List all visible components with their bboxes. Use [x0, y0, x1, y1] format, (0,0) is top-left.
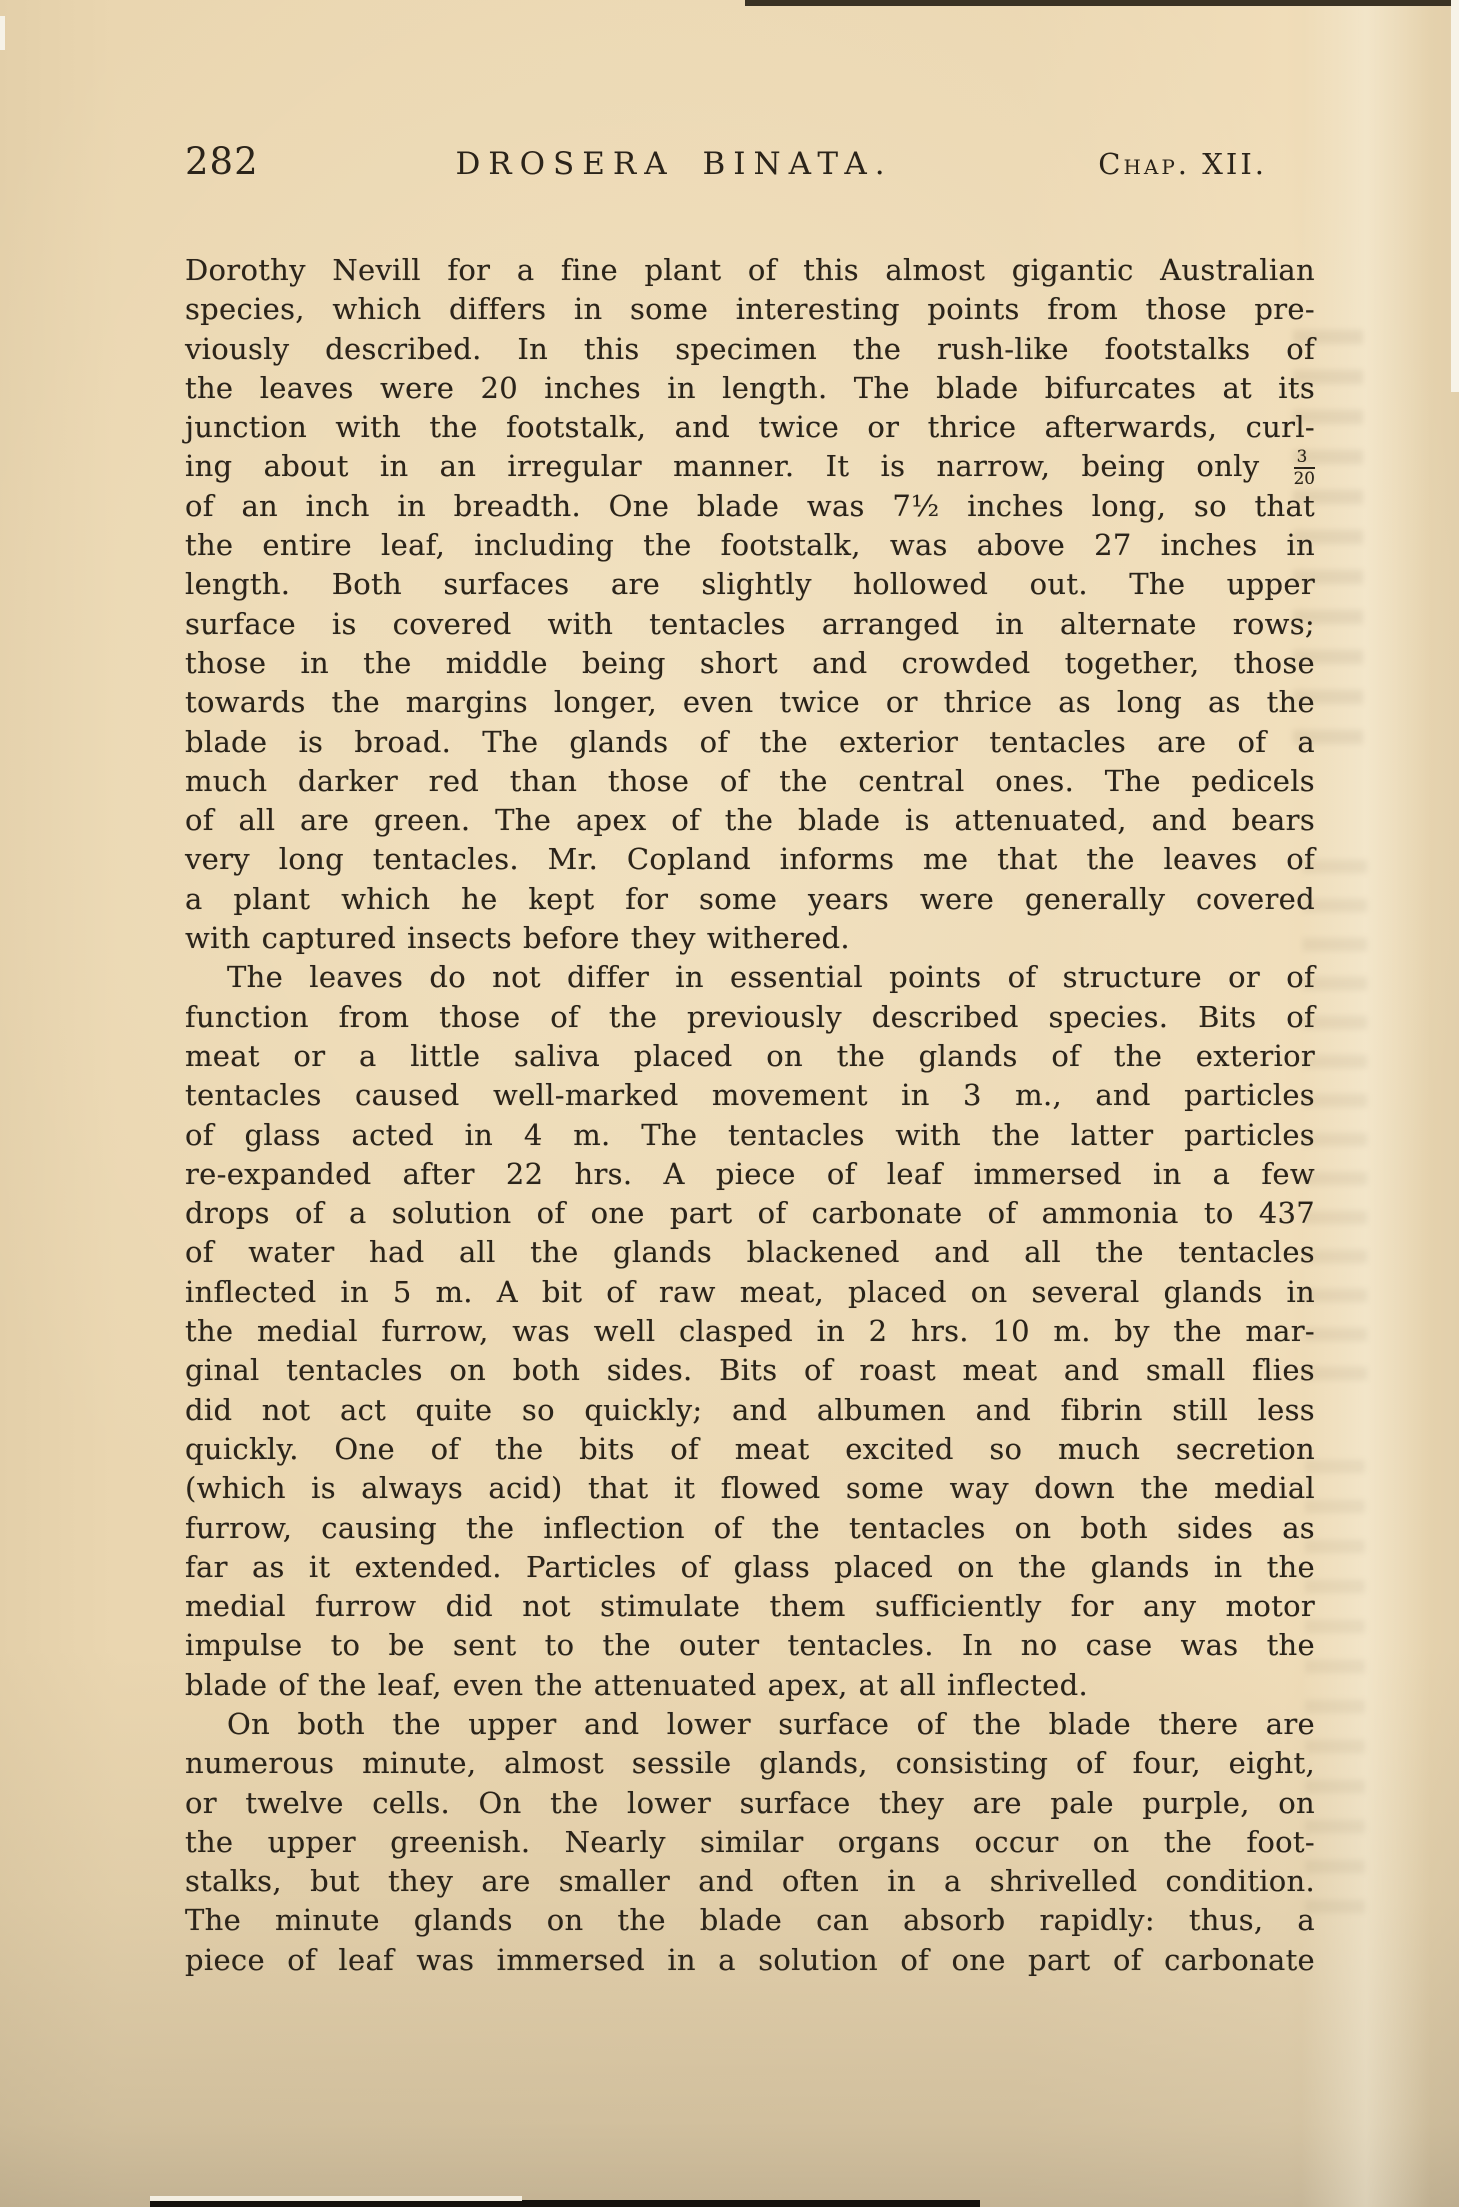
- text-line: tentacles caused well-marked movement in…: [185, 1076, 1315, 1115]
- text-line: stalks, but they are smaller and often i…: [185, 1862, 1315, 1901]
- text-line: furrow, causing the inflection of the te…: [185, 1509, 1315, 1548]
- text-line: of an inch in breadth. One blade was 7½ …: [185, 487, 1315, 526]
- text-line: medial furrow did not stimulate them suf…: [185, 1587, 1315, 1626]
- text-line: of glass acted in 4 m. The tentacles wit…: [185, 1116, 1315, 1155]
- text-line: ginal tentacles on both sides. Bits of r…: [185, 1351, 1315, 1390]
- text-line: the leaves were 20 inches in length. The…: [185, 369, 1315, 408]
- text-line: quickly. One of the bits of meat excited…: [185, 1430, 1315, 1469]
- text-line: On both the upper and lower surface of t…: [185, 1705, 1315, 1744]
- text-line: meat or a little saliva placed on the gl…: [185, 1037, 1315, 1076]
- paragraph: The leaves do not differ in essential po…: [185, 958, 1315, 1705]
- text-line: surface is covered with tentacles arrang…: [185, 605, 1315, 644]
- page-header: 282 DROSERA BINATA. Chap. XII.: [185, 140, 1315, 183]
- scan-edge-bottom: [150, 2200, 980, 2207]
- text-line: species, which differs in some interesti…: [185, 290, 1315, 329]
- text-line: (which is always acid) that it flowed so…: [185, 1469, 1315, 1508]
- page-number: 282: [185, 140, 259, 183]
- page-curvature-highlight: [1301, 0, 1431, 2207]
- text-line: inflected in 5 m. A bit of raw meat, pla…: [185, 1273, 1315, 1312]
- paragraph: Dorothy Nevill for a fine plant of this …: [185, 251, 1315, 958]
- text-line: with captured insects before they wither…: [185, 919, 1315, 958]
- text-line: viously described. In this specimen the …: [185, 330, 1315, 369]
- text-line: The minute glands on the blade can absor…: [185, 1901, 1315, 1940]
- scan-edge-top: [745, 0, 1459, 6]
- text-line: impulse to be sent to the outer tentacle…: [185, 1626, 1315, 1665]
- text-line: drops of a solution of one part of carbo…: [185, 1194, 1315, 1233]
- text-line: towards the margins longer, even twice o…: [185, 683, 1315, 722]
- text-line: the medial furrow, was well clasped in 2…: [185, 1312, 1315, 1351]
- text-line: blade is broad. The glands of the exteri…: [185, 723, 1315, 762]
- book-page-scan: 282 DROSERA BINATA. Chap. XII. Dorothy N…: [0, 0, 1459, 2207]
- scan-edge-bottom-sliver: [150, 2196, 522, 2201]
- scan-edge-right: [1451, 0, 1459, 392]
- text-line: the upper greenish. Nearly similar organ…: [185, 1823, 1315, 1862]
- text-line: a plant which he kept for some years wer…: [185, 880, 1315, 919]
- body-text: Dorothy Nevill for a fine plant of this …: [185, 251, 1315, 1980]
- text-line: piece of leaf was immersed in a solution…: [185, 1941, 1315, 1980]
- text-line: blade of the leaf, even the attenuated a…: [185, 1666, 1315, 1705]
- text-line: far as it extended. Particles of glass p…: [185, 1548, 1315, 1587]
- paragraph: On both the upper and lower surface of t…: [185, 1705, 1315, 1980]
- text-line: Dorothy Nevill for a fine plant of this …: [185, 251, 1315, 290]
- text-line: length. Both surfaces are slightly hollo…: [185, 565, 1315, 604]
- text-line: much darker red than those of the centra…: [185, 762, 1315, 801]
- stacked-fraction: 320: [1294, 448, 1315, 487]
- text-line: those in the middle being short and crow…: [185, 644, 1315, 683]
- text-line: very long tentacles. Mr. Copland informs…: [185, 840, 1315, 879]
- text-line: or twelve cells. On the lower surface th…: [185, 1784, 1315, 1823]
- running-title: DROSERA BINATA.: [455, 146, 892, 182]
- text-line: of water had all the glands blackened an…: [185, 1233, 1315, 1272]
- text-line: ing about in an irregular manner. It is …: [185, 447, 1315, 486]
- text-line: did not act quite so quickly; and albume…: [185, 1391, 1315, 1430]
- scan-edge-left-sliver: [0, 16, 5, 50]
- text-line: numerous minute, almost sessile glands, …: [185, 1744, 1315, 1783]
- chapter-label: Chap. XII.: [1098, 147, 1315, 181]
- text-line: The leaves do not differ in essential po…: [185, 958, 1315, 997]
- text-line: function from those of the previously de…: [185, 998, 1315, 1037]
- text-line: the entire leaf, including the footstalk…: [185, 526, 1315, 565]
- text-line: junction with the footstalk, and twice o…: [185, 408, 1315, 447]
- text-line: re-expanded after 22 hrs. A piece of lea…: [185, 1155, 1315, 1194]
- text-line: of all are green. The apex of the blade …: [185, 801, 1315, 840]
